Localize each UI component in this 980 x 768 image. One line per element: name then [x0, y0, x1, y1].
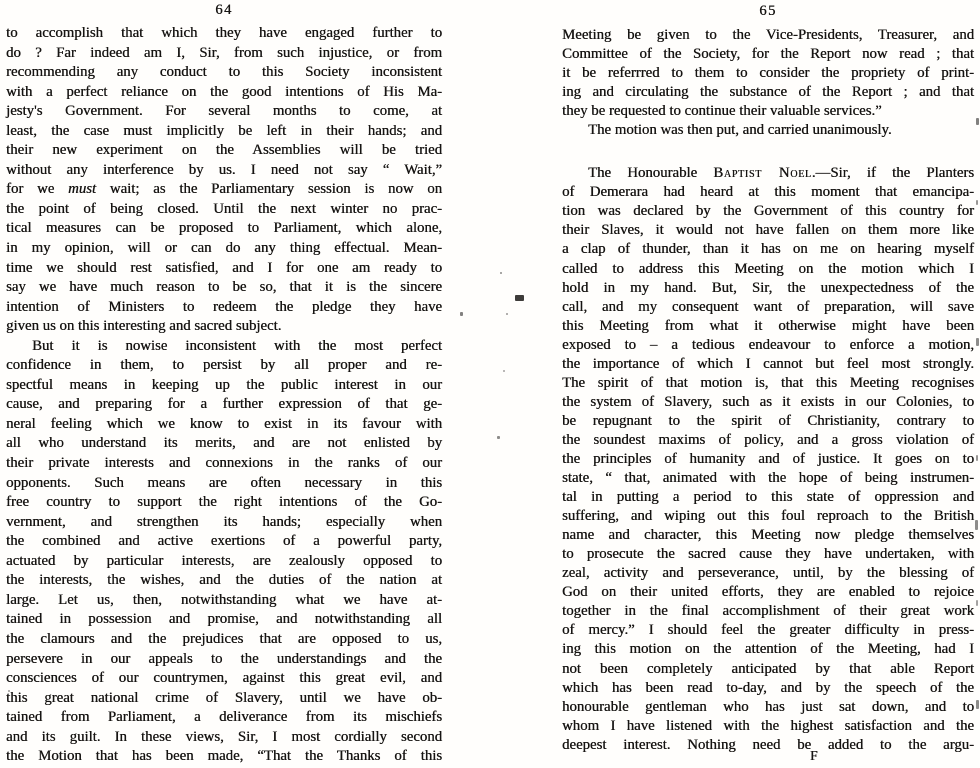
text-line: deepest interest. Nothing need be added … — [562, 736, 974, 755]
text-run: their private interests and connexions i… — [6, 455, 442, 471]
text-line: suffering, and wiping out this foul repr… — [562, 507, 974, 526]
text-run: whom I have listened with the highest sa… — [562, 718, 974, 734]
text-line: tal in putting a period to this state of… — [562, 488, 974, 507]
text-run: without any interference by us. I need n… — [6, 162, 442, 178]
text-line: call, and my consequent want of preparat… — [562, 298, 974, 317]
text-line: actuated by particular interests, are ze… — [6, 552, 442, 572]
text-run: together in the final accomplishment of … — [562, 603, 974, 619]
text-line: opponents. Such means are often necessar… — [6, 474, 442, 494]
text-run: jesty's Government. For several months t… — [6, 103, 442, 119]
text-line: the system of Slavery, such as it exists… — [562, 393, 974, 412]
text-run: a clap of thunder, than it has on me on … — [562, 241, 974, 257]
text-line: all who understand its merits, and are n… — [6, 434, 442, 454]
text-line: together in the final accomplishment of … — [562, 602, 974, 621]
text-line: tained from Parliament, a deliverance fr… — [6, 708, 442, 728]
text-line: their new experiment on the Assemblies w… — [6, 141, 442, 161]
text-run: their Slaves, it would not have fallen o… — [562, 222, 974, 238]
text-line: whom I have listened with the highest sa… — [562, 717, 974, 736]
scan-speck — [976, 338, 979, 346]
text-run: Meeting be given to the Vice-Presidents,… — [562, 27, 974, 43]
text-line: tion was declared by the Government of t… — [562, 202, 974, 221]
text-run: Committee of the Society, for the Report… — [562, 46, 974, 62]
text-line: intention of Ministers to redeem the ple… — [6, 298, 442, 318]
text-line: a clap of thunder, than it has on me on … — [562, 240, 974, 259]
text-run: persevere in our appeals to the understa… — [6, 651, 442, 667]
text-line: the principles of humanity and of justic… — [562, 450, 974, 469]
scan-speck — [8, 690, 10, 692]
text-line: the combined and active exertions of a p… — [6, 532, 442, 552]
text-line: exposed to – a tedious endeavour to enfo… — [562, 336, 974, 355]
text-line: tical measures can be proposed to Parlia… — [6, 219, 442, 239]
text-line: do ? Far indeed am I, Sir, from such inj… — [6, 44, 442, 64]
text-run: the principles of humanity and of justic… — [562, 451, 974, 467]
text-run: least, the case must implicitly be left … — [6, 123, 442, 139]
text-run: The Honourable — [588, 165, 713, 181]
text-run: name and character, this Meeting now ple… — [562, 527, 974, 543]
text-line: least, the case must implicitly be left … — [6, 122, 442, 142]
text-line: state, “ that, animated with the hope of… — [562, 469, 974, 488]
text-line: the soundest maxims of policy, and a gro… — [562, 431, 974, 450]
text-run: it be referrred to them to consider the … — [562, 65, 974, 81]
text-line: recommending any conduct to this Society… — [6, 63, 442, 83]
text-run: tion was declared by the Government of t… — [562, 203, 974, 219]
text-line: persevere in our appeals to the understa… — [6, 650, 442, 670]
text-line: the interests, the wishes, and the dutie… — [6, 571, 442, 591]
text-line: Committee of the Society, for the Report… — [562, 45, 974, 64]
text-line: for we must wait; as the Parliamentary s… — [6, 180, 442, 200]
text-line: jesty's Government. For several months t… — [6, 102, 442, 122]
text-run: large. Let us, then, notwithstanding wha… — [6, 592, 442, 608]
text-line: it be referrred to them to consider the … — [562, 64, 974, 83]
text-run: they be requested to continue their valu… — [562, 103, 882, 119]
scan-speck — [506, 313, 508, 315]
text-line: vernment, and strengthen its hands; espe… — [6, 513, 442, 533]
text-line: their private interests and connexions i… — [6, 454, 442, 474]
text-line: cause, and preparing for a further expre… — [6, 395, 442, 415]
text-run: of mercy.” I should feel the greater dif… — [562, 622, 974, 638]
text-run: the interests, the wishes, and the dutie… — [6, 572, 442, 588]
text-run: actuated by particular interests, are ze… — [6, 553, 442, 569]
book-scan-spread: 64 65 to accomplish that which they have… — [0, 0, 980, 768]
text-line: confidence in them, to persist by all pr… — [6, 356, 442, 376]
text-line: not been completely anticipated by that … — [562, 660, 974, 679]
text-line: this great national crime of Slavery, un… — [6, 689, 442, 709]
text-run: say we have much reason to be so, that i… — [6, 279, 442, 295]
right-page-text-column: Meeting be given to the Vice-Presidents,… — [562, 26, 974, 755]
text-line: hold in my hand. But, Sir, the unexpecte… — [562, 279, 974, 298]
text-line: their Slaves, it would not have fallen o… — [562, 221, 974, 240]
text-run: suffering, and wiping out this foul repr… — [562, 508, 974, 524]
text-line: called to address this Meeting on the mo… — [562, 260, 974, 279]
text-line: God on their united efforts, they are en… — [562, 583, 974, 602]
text-line: say we have much reason to be so, that i… — [6, 278, 442, 298]
text-line: in my opinion, will or can do any thing … — [6, 239, 442, 259]
text-run: But it is nowise inconsistent with the m… — [32, 338, 442, 354]
scan-speck — [976, 118, 979, 125]
text-line: the clamours and the prejudices that are… — [6, 630, 442, 650]
text-run: state, “ that, animated with the hope of… — [562, 470, 974, 486]
text-run: with a perfect reliance on the good inte… — [6, 84, 442, 100]
text-run: this great national crime of Slavery, un… — [6, 690, 442, 706]
scan-speck — [503, 370, 505, 372]
text-line: given us on this interesting and sacred … — [6, 317, 442, 337]
text-run: the system of Slavery, such as it exists… — [562, 394, 974, 410]
text-run: the Motion that has been made, “That the… — [6, 748, 442, 764]
text-run: neral feeling which we know to exist in … — [6, 416, 442, 432]
text-line: free country to support the right intent… — [6, 493, 442, 513]
text-run: do ? Far indeed am I, Sir, from such inj… — [6, 45, 442, 61]
text-run: given us on this interesting and sacred … — [6, 318, 281, 334]
text-line: be repugnant to the spirit of Christiani… — [562, 412, 974, 431]
text-line: this Meeting from what it otherwise migh… — [562, 317, 974, 336]
paragraph: The motion was then put, and carried una… — [562, 121, 974, 140]
text-run: The spirit of that motion is, that this … — [562, 375, 974, 391]
text-line: the point of being closed. Until the nex… — [6, 200, 442, 220]
text-run: hold in my hand. But, Sir, the unexpecte… — [562, 280, 974, 296]
paragraph: Meeting be given to the Vice-Presidents,… — [562, 26, 974, 121]
text-run: exposed to – a tedious endeavour to enfo… — [562, 337, 974, 353]
left-page-text-column: to accomplish that which they have engag… — [6, 24, 442, 767]
text-run: called to address this Meeting on the mo… — [562, 261, 974, 277]
text-run: ing and circulating the substance of the… — [562, 84, 974, 100]
text-run: and its guilt. In these views, Sir, I mo… — [6, 729, 442, 745]
paragraph: The Honourable Baptist Noel.—Sir, if the… — [562, 164, 974, 754]
text-line: The motion was then put, and carried una… — [562, 121, 974, 140]
smallcaps-text-run: Baptist Noel — [713, 165, 811, 181]
text-line: neral feeling which we know to exist in … — [6, 415, 442, 435]
text-run: vernment, and strengthen its hands; espe… — [6, 514, 442, 530]
text-line: Meeting be given to the Vice-Presidents,… — [562, 26, 974, 45]
page-number-left: 64 — [6, 2, 442, 19]
text-line: of Demerara had heard at this moment tha… — [562, 183, 974, 202]
text-line: they be requested to continue their valu… — [562, 102, 974, 121]
text-run: their new experiment on the Assemblies w… — [6, 142, 442, 158]
signature-mark: F — [810, 748, 819, 764]
text-run: cause, and preparing for a further expre… — [6, 396, 442, 412]
text-line: time we should rest satisfied, and I for… — [6, 259, 442, 279]
text-run: spectful means in keeping up the public … — [6, 377, 442, 393]
text-run: free country to support the right intent… — [6, 494, 442, 510]
text-run: zeal, activity and perseverance, until, … — [562, 565, 974, 581]
text-run: opponents. Such means are often necessar… — [6, 475, 442, 491]
text-line: large. Let us, then, notwithstanding wha… — [6, 591, 442, 611]
text-run: to accomplish that which they have engag… — [6, 25, 442, 41]
scan-speck — [515, 295, 524, 301]
text-line: name and character, this Meeting now ple… — [562, 526, 974, 545]
text-run: deepest interest. Nothing need be added … — [562, 737, 974, 753]
text-run: The motion was then put, and carried una… — [588, 122, 892, 138]
text-run: for we — [6, 181, 68, 197]
text-run: the point of being closed. Until the nex… — [6, 201, 442, 217]
scan-speck — [976, 700, 979, 709]
text-run: consciences of our countrymen, against t… — [6, 670, 442, 686]
text-run: all who understand its merits, and are n… — [6, 435, 442, 451]
scan-speck — [497, 436, 500, 439]
text-line: which has been read to-day, and by the s… — [562, 679, 974, 698]
text-run: be repugnant to the spirit of Christiani… — [562, 413, 974, 429]
text-run: God on their united efforts, they are en… — [562, 584, 974, 600]
text-run: recommending any conduct to this Society… — [6, 64, 442, 80]
scan-speck — [975, 520, 978, 530]
text-line: of mercy.” I should feel the greater dif… — [562, 621, 974, 640]
text-run: confidence in them, to persist by all pr… — [6, 357, 442, 373]
text-run: the combined and active exertions of a p… — [6, 533, 442, 549]
text-run: tical measures can be proposed to Parlia… — [6, 220, 442, 236]
page-number-right: 65 — [562, 3, 974, 20]
text-line: spectful means in keeping up the public … — [6, 376, 442, 396]
text-run: the clamours and the prejudices that are… — [6, 631, 442, 647]
text-run: the importance of which I cannot but fee… — [562, 356, 974, 372]
text-line: The spirit of that motion is, that this … — [562, 374, 974, 393]
text-run: of Demerara had heard at this moment tha… — [562, 184, 974, 200]
text-run: to prosecute the sacred cause they have … — [562, 546, 974, 562]
text-run: .—Sir, if the Planters — [812, 165, 974, 181]
scan-speck — [500, 272, 502, 274]
text-line: to accomplish that which they have engag… — [6, 24, 442, 44]
scan-speck — [460, 312, 463, 316]
paragraph: But it is nowise inconsistent with the m… — [6, 337, 442, 767]
text-run: not been completely anticipated by that … — [562, 661, 974, 677]
text-run: time we should rest satisfied, and I for… — [6, 260, 442, 276]
text-run: the soundest maxims of policy, and a gro… — [562, 432, 974, 448]
paragraph: to accomplish that which they have engag… — [6, 24, 442, 337]
text-run: ing this motion on the attention of the … — [562, 641, 974, 657]
text-line: The Honourable Baptist Noel.—Sir, if the… — [562, 164, 974, 183]
text-run: tained from Parliament, a deliverance fr… — [6, 709, 442, 725]
scan-speck — [976, 455, 978, 461]
text-run: tal in putting a period to this state of… — [562, 489, 974, 505]
text-line: with a perfect reliance on the good inte… — [6, 83, 442, 103]
text-line: to prosecute the sacred cause they have … — [562, 545, 974, 564]
text-line: ing and circulating the substance of the… — [562, 83, 974, 102]
text-run: which has been read to-day, and by the s… — [562, 680, 974, 696]
text-line: But it is nowise inconsistent with the m… — [6, 337, 442, 357]
scan-speck — [976, 600, 978, 606]
text-run: honourable gentleman who has just sat do… — [562, 699, 974, 715]
text-line: and its guilt. In these views, Sir, I mo… — [6, 728, 442, 748]
italic-text-run: must — [68, 181, 96, 197]
text-run: call, and my consequent want of preparat… — [562, 299, 974, 315]
text-line: tained in possession and promise, and no… — [6, 610, 442, 630]
text-line: consciences of our countrymen, against t… — [6, 669, 442, 689]
text-line: the importance of which I cannot but fee… — [562, 355, 974, 374]
text-run: wait; as the Parliamentary session is no… — [96, 181, 442, 197]
text-run: tained in possession and promise, and no… — [6, 611, 442, 627]
text-run: in my opinion, will or can do any thing … — [6, 240, 442, 256]
text-run: this Meeting from what it otherwise migh… — [562, 318, 974, 334]
text-line: ing this motion on the attention of the … — [562, 640, 974, 659]
text-run: intention of Ministers to redeem the ple… — [6, 299, 442, 315]
scan-speck — [976, 200, 978, 205]
text-line: the Motion that has been made, “That the… — [6, 747, 442, 767]
text-line: zeal, activity and perseverance, until, … — [562, 564, 974, 583]
text-line: without any interference by us. I need n… — [6, 161, 442, 181]
text-line: honourable gentleman who has just sat do… — [562, 698, 974, 717]
